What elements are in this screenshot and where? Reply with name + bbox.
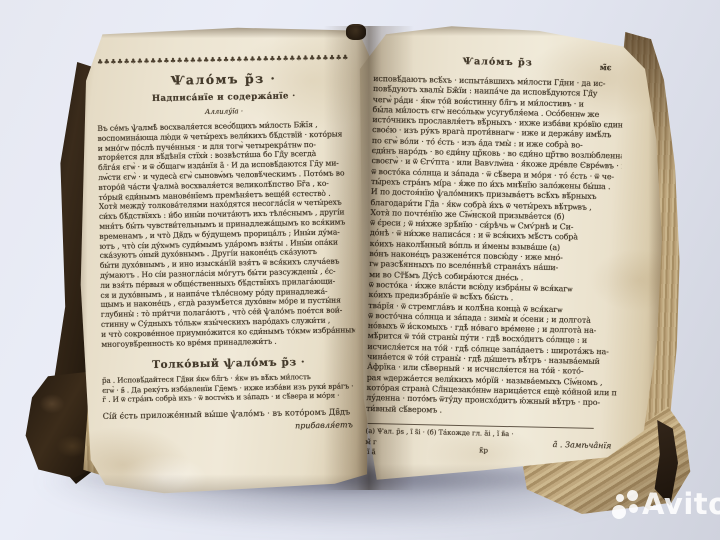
left-page-text: ♣♣♣♣♣♣♣♣♣♣♣♣♣♣♣♣♣♣♣♣♣♣♣♣♣♣♣♣♣♣♣♣♣♣♣♣♣♣ Ѱ… xyxy=(94,49,360,484)
psalm-subtitle: Надписа́нїе и содержа́нїе · xyxy=(95,90,353,105)
signature-mark-right: а̃ . Замѣча̑нїя xyxy=(553,440,612,450)
verse-lines: р̃а . Исповѣ́дайтеся Гд̃ви я́кѡ бл̃гъ · … xyxy=(102,371,356,404)
section-heading: Толко́вый ѱало́мъ р̃з · xyxy=(100,355,358,372)
footnote-line: (а) Ѱал. р̃ѕ , і̃ ѕ̃і · (б) Та́кожде гл.… xyxy=(366,427,616,440)
right-page-body: исповѣ́даютъ всѣ́хъ · испыта́вшихъ ми́ло… xyxy=(366,74,623,419)
left-page-body: Въ се́мъ ѱалмѣ̀ восхваля́ется всеѻ́бщихъ… xyxy=(97,119,355,349)
avito-logo-dot xyxy=(612,505,626,519)
signature-mark-left-2: і̃ а̃ xyxy=(367,448,376,456)
catchword: прибавля́етъ xyxy=(295,420,353,430)
running-header: Ѱало́мъ р̃з xyxy=(372,54,624,70)
avito-logo-dot xyxy=(629,504,638,513)
signature-mark-center: к̃р xyxy=(479,446,488,454)
right-page-text: Ѱало́мъ р̃з м̃є исповѣ́даютъ всѣ́хъ · ис… xyxy=(362,46,624,501)
photo-of-open-antique-book: ♣♣♣♣♣♣♣♣♣♣♣♣♣♣♣♣♣♣♣♣♣♣♣♣♣♣♣♣♣♣♣♣♣♣♣♣♣♣ Ѱ… xyxy=(0,0,720,540)
page-number: м̃є xyxy=(600,62,612,72)
closing-line: Сі́й є́сть приложе́нный вы́ше ѱало́мъ · … xyxy=(103,406,355,421)
avito-watermark-text: Avito xyxy=(642,487,720,521)
avito-logo-dot xyxy=(627,490,638,501)
signature-mark-left: м̃ г xyxy=(365,438,377,446)
psalm-title: Ѱало́мъ р̃з · xyxy=(94,69,352,89)
spine-headband xyxy=(346,24,366,40)
avito-watermark: Avito xyxy=(592,486,720,530)
psalm-caption: Аллилу́їа · xyxy=(95,105,353,118)
avito-logo-dot xyxy=(616,494,624,502)
ornament-border: ♣♣♣♣♣♣♣♣♣♣♣♣♣♣♣♣♣♣♣♣♣♣♣♣♣♣♣♣♣♣♣♣♣♣♣♣♣♣ xyxy=(94,53,352,66)
